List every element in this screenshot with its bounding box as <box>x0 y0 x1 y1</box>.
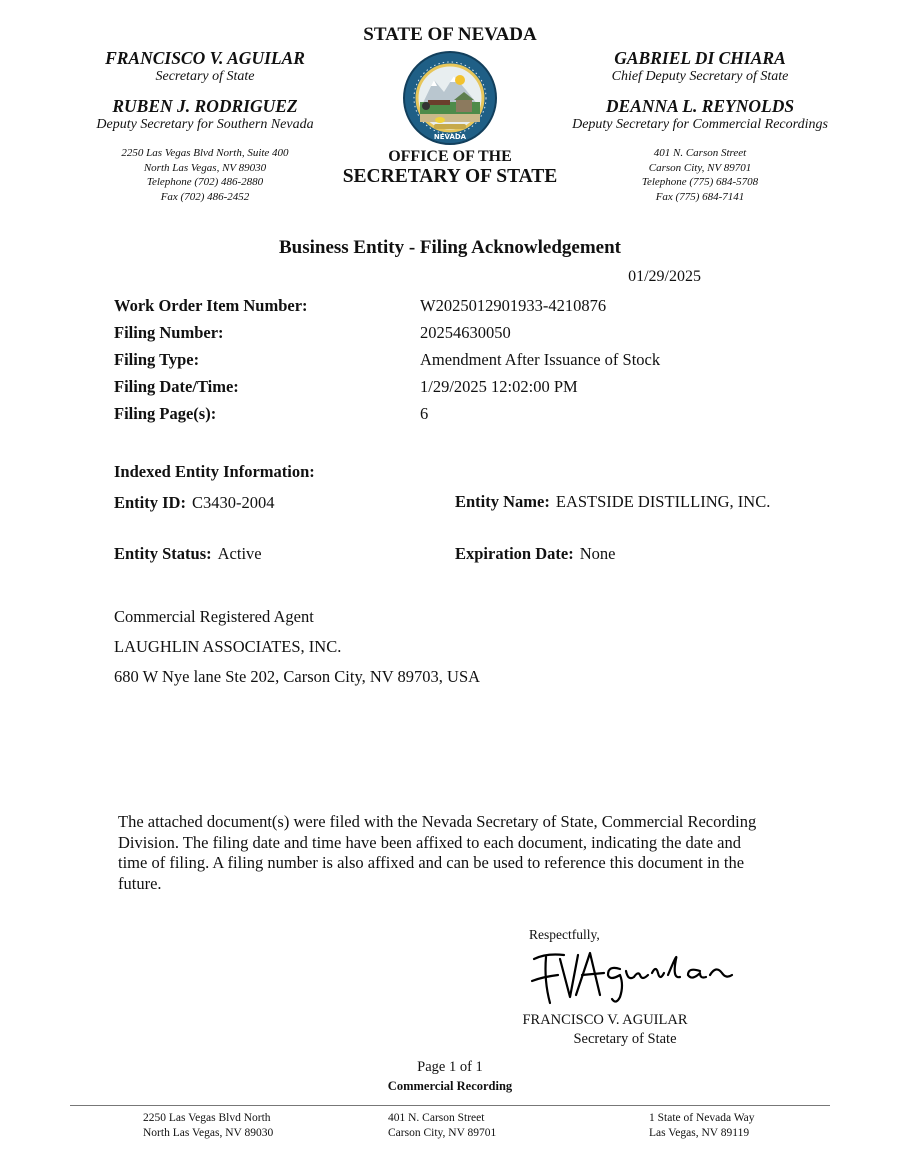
field-label: Filing Number: <box>114 323 224 343</box>
office-of-label: OFFICE OF THE <box>340 148 560 166</box>
address-line: 1 State of Nevada Way <box>649 1111 755 1126</box>
address-line: 401 N. Carson Street <box>545 146 855 161</box>
nevada-state-seal-icon: NEVADA <box>398 50 502 146</box>
footer-address-north-las-vegas: 2250 Las Vegas Blvd North North Las Vega… <box>143 1111 273 1141</box>
field-value: 6 <box>420 404 428 424</box>
entity-expiration: Expiration Date:None <box>455 544 615 564</box>
document-title: Business Entity - Filing Acknowledgement <box>200 237 700 259</box>
field-value: 1/29/2025 12:02:00 PM <box>420 377 578 397</box>
right-office-address: 401 N. Carson Street Carson City, NV 897… <box>545 146 855 204</box>
telephone-line: Telephone (702) 486-2880 <box>60 175 350 190</box>
signatory-name: FRANCISCO V. AGUILAR <box>500 1012 710 1029</box>
handwritten-signature-icon <box>528 945 758 1011</box>
entity-name-label: Entity Name: <box>455 492 550 511</box>
deputy-south-name: RUBEN J. RODRIGUEZ <box>60 96 350 116</box>
field-label: Filing Date/Time: <box>114 377 239 397</box>
agent-address: 680 W Nye lane Ste 202, Carson City, NV … <box>114 667 480 687</box>
closing-text: Respectfully, <box>529 927 600 943</box>
footer-department: Commercial Recording <box>350 1079 550 1094</box>
fax-line: Fax (702) 486-2452 <box>60 190 350 205</box>
field-value: Amendment After Issuance of Stock <box>420 350 660 370</box>
entity-status: Entity Status:Active <box>114 544 262 564</box>
entity-id-label: Entity ID: <box>114 493 186 512</box>
indexed-entity-heading: Indexed Entity Information: <box>114 462 315 482</box>
chief-deputy-title: Chief Deputy Secretary of State <box>545 68 855 86</box>
field-label: Work Order Item Number: <box>114 296 308 316</box>
field-value: W2025012901933-4210876 <box>420 296 606 316</box>
filing-notice-paragraph: The attached document(s) were filed with… <box>118 812 758 894</box>
address-line: Carson City, NV 89701 <box>545 161 855 176</box>
fax-line: Fax (775) 684-7141 <box>545 190 855 205</box>
deputy-south-title: Deputy Secretary for Southern Nevada <box>60 116 350 134</box>
field-label: Filing Type: <box>114 350 199 370</box>
address-line: 2250 Las Vegas Blvd North <box>143 1111 273 1126</box>
agent-type: Commercial Registered Agent <box>114 607 314 627</box>
address-line: Carson City, NV 89701 <box>388 1126 496 1141</box>
agent-name: LAUGHLIN ASSOCIATES, INC. <box>114 637 341 657</box>
deputy-commercial-title: Deputy Secretary for Commercial Recordin… <box>545 116 855 134</box>
footer-divider <box>70 1105 830 1106</box>
footer-address-las-vegas: 1 State of Nevada Way Las Vegas, NV 8911… <box>649 1111 755 1141</box>
signatory-title: Secretary of State <box>520 1031 730 1048</box>
secretary-name: FRANCISCO V. AGUILAR <box>60 48 350 68</box>
address-line: 401 N. Carson Street <box>388 1111 496 1126</box>
field-filing-number: Filing Number: 20254630050 <box>114 323 754 350</box>
footer-address-carson-city: 401 N. Carson Street Carson City, NV 897… <box>388 1111 496 1141</box>
address-line: North Las Vegas, NV 89030 <box>143 1126 273 1141</box>
field-filing-pages: Filing Page(s): 6 <box>114 404 754 431</box>
entity-status-label: Entity Status: <box>114 544 212 563</box>
entity-status-value: Active <box>218 544 262 563</box>
document-date: 01/29/2025 <box>560 268 701 286</box>
address-line: 2250 Las Vegas Blvd North, Suite 400 <box>60 146 350 161</box>
address-line: North Las Vegas, NV 89030 <box>60 161 350 176</box>
entity-id: Entity ID:C3430-2004 <box>114 493 274 513</box>
telephone-line: Telephone (775) 684-5708 <box>545 175 855 190</box>
svg-text:NEVADA: NEVADA <box>434 133 467 141</box>
left-office-address: 2250 Las Vegas Blvd North, Suite 400 Nor… <box>60 146 350 204</box>
field-work-order: Work Order Item Number: W2025012901933-4… <box>114 296 754 323</box>
field-filing-type: Filing Type: Amendment After Issuance of… <box>114 350 754 377</box>
field-value: 20254630050 <box>420 323 511 343</box>
entity-expiration-value: None <box>580 544 616 563</box>
address-line: Las Vegas, NV 89119 <box>649 1126 755 1141</box>
deputy-commercial-name: DEANNA L. REYNOLDS <box>545 96 855 116</box>
field-filing-datetime: Filing Date/Time: 1/29/2025 12:02:00 PM <box>114 377 754 404</box>
entity-id-value: C3430-2004 <box>192 493 275 512</box>
chief-deputy-name: GABRIEL DI CHIARA <box>545 48 855 68</box>
secretary-of-state-label: SECRETARY OF STATE <box>320 166 580 188</box>
entity-name: Entity Name:EASTSIDE DISTILLING, INC. <box>455 492 775 512</box>
state-title: STATE OF NEVADA <box>300 24 600 46</box>
entity-expiration-label: Expiration Date: <box>455 544 574 563</box>
header-right-column: GABRIEL DI CHIARA Chief Deputy Secretary… <box>545 48 855 204</box>
field-label: Filing Page(s): <box>114 404 216 424</box>
entity-name-value: EASTSIDE DISTILLING, INC. <box>556 492 770 511</box>
page-number: Page 1 of 1 <box>350 1059 550 1076</box>
secretary-title: Secretary of State <box>60 68 350 86</box>
header-left-column: FRANCISCO V. AGUILAR Secretary of State … <box>60 48 350 204</box>
